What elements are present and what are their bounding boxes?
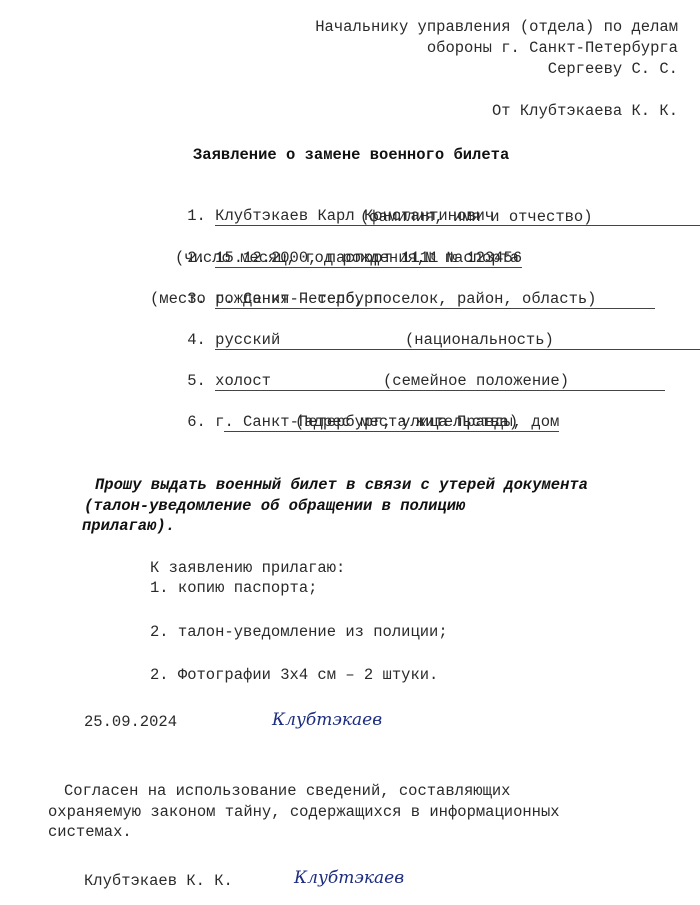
applicant-from: От Клубтэкаева К. К. (492, 101, 678, 121)
field-number: 6. (187, 413, 206, 431)
signature: Клубтэкаев (272, 710, 382, 730)
footer-name: Клубтэкаев К. К. (84, 871, 233, 891)
field-number: 5. (187, 372, 206, 390)
consent-line: охраняемую законом тайну, содержащихся в… (48, 802, 560, 822)
consent-line: системах. (48, 822, 132, 842)
field-hint: (национальность) (405, 330, 554, 350)
field-number: 4. (187, 331, 206, 349)
field-number: 1. (187, 207, 206, 225)
field-hint: (место рождения - село, поселок, район, … (150, 289, 596, 309)
attachment-item: 2. Фотографии 3x4 см – 2 штуки. (150, 665, 438, 685)
field-hint: (фамилия, имя и отчество) (360, 207, 593, 227)
field-hint: (адрес места жительства) (295, 412, 518, 432)
field-hint: (семейное положение) (383, 371, 569, 391)
addressee-line: обороны г. Санкт-Петербурга (427, 38, 678, 58)
request-line: Прошу выдать военный билет в связи с уте… (95, 475, 588, 495)
addressee-line: Сергееву С. С. (548, 59, 678, 79)
footer-signature: Клубтэкаев (294, 868, 404, 888)
request-line: прилагаю). (82, 516, 175, 536)
attachment-item: 1. копию паспорта; (150, 578, 317, 598)
field-value-prefix: г (215, 413, 224, 431)
field-hint: (число месяц, год рождения,№ паспорта (175, 248, 519, 268)
attachment-item: 2. талон-уведомление из полиции; (150, 622, 448, 642)
consent-line: Согласен на использование сведений, сост… (64, 781, 510, 801)
addressee-line: Начальнику управления (отдела) по делам (315, 17, 678, 37)
request-line: (талон-уведомление об обращении в полици… (84, 496, 465, 516)
attachments-heading: К заявлению прилагаю: (150, 558, 345, 578)
document-title: Заявление о замене военного билета (193, 145, 509, 165)
date: 25.09.2024 (84, 712, 177, 732)
